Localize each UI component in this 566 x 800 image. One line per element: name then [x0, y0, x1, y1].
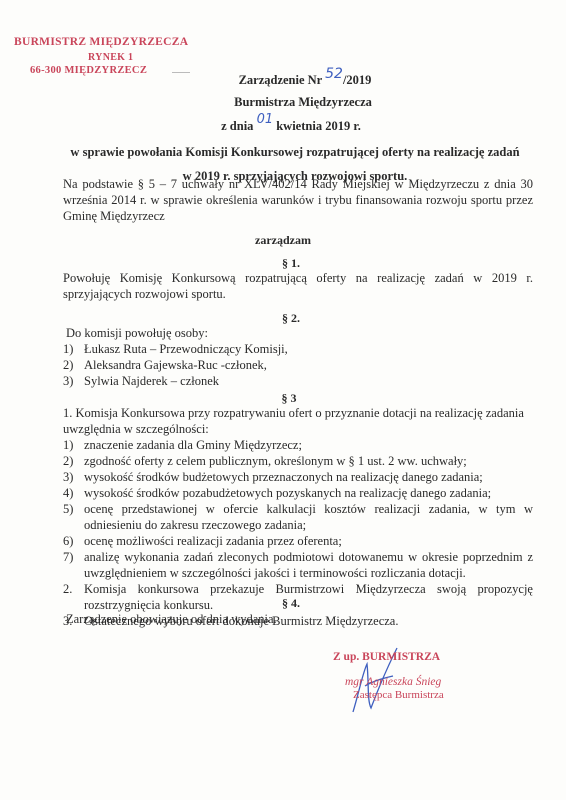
- signature-title: Zastępca Burmistrza: [353, 689, 444, 701]
- section-3-heading: § 3: [6, 391, 566, 406]
- criterion-item: 4)wysokość środków pozabudżetowych pozys…: [63, 485, 533, 501]
- criterion-item: 1)znaczenie zadania dla Gminy Międzyrzec…: [63, 437, 533, 453]
- criterion-item: 7)analizę wykonania zadań zleconych podm…: [63, 549, 533, 581]
- criterion-item: 3)wysokość środków budżetowych przeznacz…: [63, 469, 533, 485]
- section-1-heading: § 1.: [8, 256, 566, 271]
- office-stamp-line1: BURMISTRZ MIĘDZYRZECZA: [14, 36, 188, 48]
- member-item: 3)Sylwia Najderek – członek: [63, 373, 533, 389]
- signature-name: mgr Agnieszka Śnieg: [345, 676, 441, 688]
- section-2-intro: Do komisji powołuję osoby:: [66, 325, 536, 341]
- decree-word: zarządzam: [0, 233, 566, 248]
- handwritten-day: 01: [257, 112, 274, 127]
- section-4-text: Zarządzenie obowiązuje od dnia wydania.: [66, 611, 536, 627]
- member-item: 2)Aleksandra Gajewska-Ruc -członek,: [63, 357, 533, 373]
- criterion-item: 2)zgodność oferty z celem publicznym, ok…: [63, 453, 533, 469]
- committee-members: 1)Łukasz Ruta – Przewodniczący Komisji, …: [63, 341, 533, 389]
- decree-date: z dnia 01 kwietnia 2019 r.: [8, 119, 566, 134]
- handwritten-number: 52: [325, 66, 343, 82]
- office-stamp-line2: RYNEK 1: [88, 52, 133, 63]
- decree-number: Zarządzenie Nr 52/2019: [22, 72, 566, 88]
- section-3-intro: 1. Komisja Konkursowa przy rozpatrywaniu…: [63, 405, 533, 437]
- criterion-item: 5)ocenę przedstawionej w ofercie kalkula…: [63, 501, 533, 533]
- signature-authorization: Z up. BURMISTRZA: [333, 651, 440, 663]
- section-2-heading: § 2.: [8, 311, 566, 326]
- section-1-text: Powołuję Komisję Konkursową rozpatrującą…: [63, 270, 533, 302]
- legal-basis: Na podstawie § 5 – 7 uchwały nr XLV/402/…: [63, 176, 533, 224]
- criterion-item: 6)ocenę możliwości realizacji zadania pr…: [63, 533, 533, 549]
- section-4-heading: § 4.: [8, 596, 566, 611]
- issuer: Burmistrza Międzyrzecza: [20, 95, 566, 110]
- member-item: 1)Łukasz Ruta – Przewodniczący Komisji,: [63, 341, 533, 357]
